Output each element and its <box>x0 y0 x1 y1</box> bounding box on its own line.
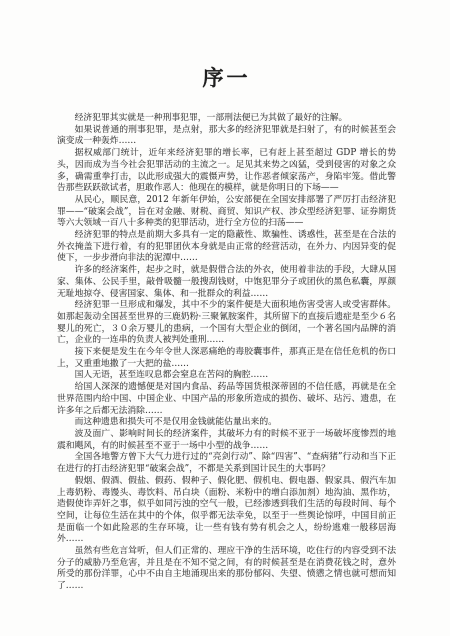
preface-body: 经济犯罪其实就是一种刑事犯罪，一部刑法便已为其做了最好的注解。如果说普通的刑事犯… <box>57 113 396 593</box>
paragraph: 波及面广、影响时间长的经济案件，其破坏力有的时候不亚于一场破坏度惨烈的地震和飓风… <box>57 429 396 452</box>
paragraph: 许多的经济案件，起步之时，就是假借合法的外衣，使用着非法的手段，大肆从国家、集体… <box>57 265 396 300</box>
paragraph: 如果说普通的刑事犯罪，是点射，那大多的经济犯罪就是扫射了，有的时候甚至会演变成一… <box>57 125 396 148</box>
paragraph: 而这种遗患和损失可不是仅用金钱就能估量出来的。 <box>57 417 396 429</box>
paragraph: 从民心，顺民意，2012 年新年伊始，公安部便在全国安排部署了严厉打击经济犯罪—… <box>57 195 396 230</box>
paragraph: 全国各地警方曾下大气力进行过的“亮剑行动”、除“四害”、“查病猪”行动和当下正在… <box>57 452 396 475</box>
paragraph: 经济犯罪一旦形成和爆发，其中不少的案件便是大面积地伤害受害人或受害群体。如那起轰… <box>57 300 396 347</box>
page-title: 序一 <box>57 66 396 90</box>
paragraph: 给国人深深的遗憾便是对国内食品、药品等国货根深蒂固的不信任感，再就是在全世界范围… <box>57 382 396 417</box>
paragraph: 接下来便是发生在今年令世人深恶痛绝的毒胶囊事件，那真正是在信任危机的伤口上，又重… <box>57 347 396 370</box>
paragraph: 经济犯罪的特点是前期大多具有一定的隐蔽性、欺骗性、诱惑性，甚至是在合法的外衣掩盖… <box>57 230 396 265</box>
paragraph: 虽然有些危言耸听，但人们正常的、理应干净的生活环境，吃住行的内容受到不法分子的威… <box>57 546 396 593</box>
paragraph: 假烟、假酒、假盐、假药、假种子、假化肥、假机电、假电器、假家具、假汽车加上毒奶粉… <box>57 476 396 546</box>
document-page: 序一 经济犯罪其实就是一种刑事犯罪，一部刑法便已为其做了最好的注解。如果说普通的… <box>0 0 450 636</box>
paragraph: 经济犯罪其实就是一种刑事犯罪，一部刑法便已为其做了最好的注解。 <box>57 113 396 125</box>
paragraph: 据权威部门统计，近年来经济犯罪的增长率，已有赶上甚至超过 GDP 增长的势头，因… <box>57 148 396 195</box>
paragraph: 国人无语，甚至连叹息都会窒息在苦闷的胸腔…… <box>57 370 396 382</box>
